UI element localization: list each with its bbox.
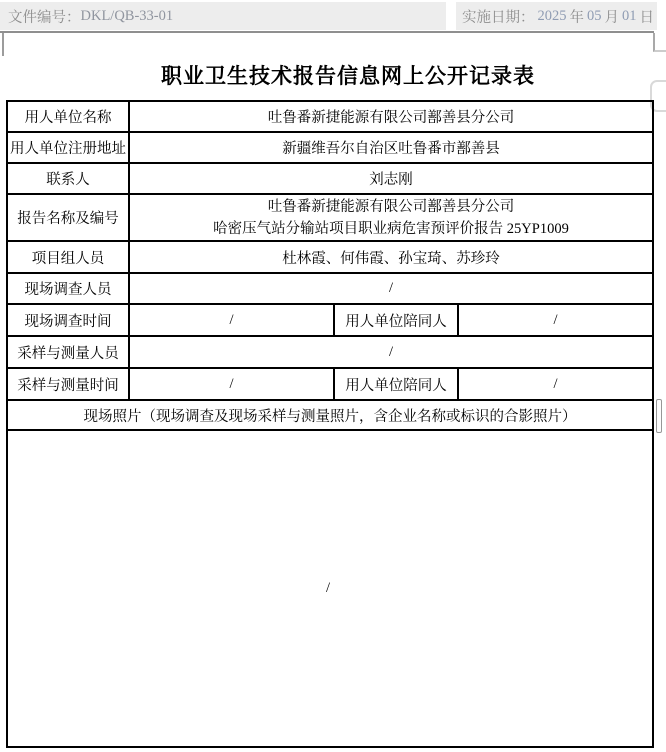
impl-date-month: 05 (587, 8, 602, 25)
impl-date-year: 2025 (538, 8, 567, 25)
right-frame-corner (653, 33, 666, 52)
site-survey-staff-value: / (129, 273, 653, 304)
photos-section-header: 现场照片（现场调查及现场采样与测量照片，含企业名称或标识的合影照片） (7, 400, 653, 430)
doc-number-bar: 文件编号：DKL/QB-33-01 (0, 2, 446, 30)
record-form-table: 用人单位名称 吐鲁番新捷能源有限公司鄯善县分公司 用人单位注册地址 新疆维吾尔自… (6, 100, 654, 748)
sampling-staff-value: / (129, 336, 653, 368)
page-title: 职业卫生技术报告信息网上公开记录表 (15, 60, 666, 90)
report-name-no-label: 报告名称及编号 (7, 194, 129, 241)
left-frame-tick (2, 33, 4, 56)
table-row: 用人单位注册地址 新疆维吾尔自治区吐鲁番市鄯善县 (7, 132, 653, 163)
sampling-companion-value: / (458, 368, 653, 400)
doc-number-value: DKL/QB-33-01 (81, 8, 174, 25)
sampling-time-value: / (129, 368, 334, 400)
site-survey-companion-value: / (458, 304, 653, 336)
contact-person-value: 刘志刚 (129, 163, 653, 194)
table-row: 现场照片（现场调查及现场采样与测量照片，含企业名称或标识的合影照片） (7, 400, 653, 430)
table-row: 联系人 刘志刚 (7, 163, 653, 194)
table-row: / (7, 430, 653, 747)
scrollbar-thumb[interactable] (656, 399, 662, 433)
table-row: 采样与测量人员 / (7, 336, 653, 368)
employer-address-label: 用人单位注册地址 (7, 132, 129, 163)
sampling-time-label: 采样与测量时间 (7, 368, 129, 400)
photos-placeholder: / (326, 580, 330, 596)
project-team-label: 项目组人员 (7, 241, 129, 273)
contact-person-label: 联系人 (7, 163, 129, 194)
impl-date-label: 实施日期： (462, 6, 535, 27)
impl-date-day-unit: 日 (640, 6, 655, 27)
site-survey-time-value: / (129, 304, 334, 336)
sampling-companion-label: 用人单位陪同人 (334, 368, 458, 400)
impl-date-bar: 实施日期：2025年05月01日 (456, 2, 657, 30)
site-survey-staff-label: 现场调查人员 (7, 273, 129, 304)
photos-content-cell: / (7, 430, 653, 747)
table-row: 采样与测量时间 / 用人单位陪同人 / (7, 368, 653, 400)
doc-number-label: 文件编号： (8, 6, 81, 27)
header-divider-line (0, 31, 654, 33)
table-row: 用人单位名称 吐鲁番新捷能源有限公司鄯善县分公司 (7, 101, 653, 132)
table-row: 项目组人员 杜林霞、何伟霞、孙宝琦、苏珍玲 (7, 241, 653, 273)
impl-date-year-unit: 年 (570, 6, 585, 27)
sampling-staff-label: 采样与测量人员 (7, 336, 129, 368)
report-name-line1: 吐鲁番新捷能源有限公司鄯善县分公司 (130, 196, 652, 218)
project-team-value: 杜林霞、何伟霞、孙宝琦、苏珍玲 (129, 241, 653, 273)
employer-name-label: 用人单位名称 (7, 101, 129, 132)
report-name-no-value: 吐鲁番新捷能源有限公司鄯善县分公司 哈密压气站分输站项目职业病危害预评价报告 2… (129, 194, 653, 241)
employer-address-value: 新疆维吾尔自治区吐鲁番市鄯善县 (129, 132, 653, 163)
table-row: 现场调查时间 / 用人单位陪同人 / (7, 304, 653, 336)
impl-date-month-unit: 月 (605, 6, 620, 27)
site-survey-time-label: 现场调查时间 (7, 304, 129, 336)
impl-date-day: 01 (622, 8, 637, 25)
table-row: 现场调查人员 / (7, 273, 653, 304)
report-name-line2: 哈密压气站分输站项目职业病危害预评价报告 25YP1009 (130, 218, 652, 240)
site-survey-companion-label: 用人单位陪同人 (334, 304, 458, 336)
employer-name-value: 吐鲁番新捷能源有限公司鄯善县分公司 (129, 101, 653, 132)
table-row: 报告名称及编号 吐鲁番新捷能源有限公司鄯善县分公司 哈密压气站分输站项目职业病危… (7, 194, 653, 241)
